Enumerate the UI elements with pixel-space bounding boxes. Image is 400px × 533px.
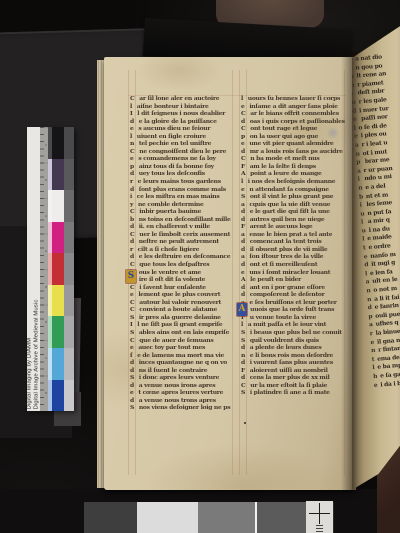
manuscript-line: i ce les miſtra en mas mains <box>130 193 234 200</box>
patch-color <box>52 285 64 317</box>
manuscript-line: l i nos des beſoignis demanne <box>241 178 345 185</box>
manuscript-line: d inces quantaugne ne q on vo <box>130 359 234 366</box>
left-page: C ar ſil lone aler en auctoirel aiſne bo… <box>104 57 356 490</box>
registration-cross-tab <box>306 501 333 533</box>
manuscript-line: I l ne ſiſt pas ſi grant empriſe <box>130 322 234 329</box>
manuscript-line: ſ e de lamens ma mort ma vie <box>130 352 234 359</box>
manuscript-line: C que tous les deſpaſtres <box>130 261 234 268</box>
manuscript-line: e auec toy par tout mes <box>130 344 234 351</box>
manuscript-line: A point a leure de mange <box>241 171 345 178</box>
right-page-text-column: pa nat dioen gou poult rene anur piameti… <box>348 53 400 390</box>
manuscript-line: C que de auer de ſemuans <box>130 337 234 344</box>
patch-gray-step <box>64 253 74 285</box>
manuscript-line: S quil vouldrent dis quis <box>241 337 345 344</box>
color-patch-row <box>48 348 74 380</box>
manuscript-line: S i platindre ſi ane a ſi mate <box>241 389 345 396</box>
manuscript-line: b ns toins en deſconfillant mille <box>130 216 234 223</box>
manuscript-line: a cquis que la uie diſt venue <box>241 201 345 208</box>
manuscript-line: S i beaus que plus bel ne conuit <box>241 329 345 336</box>
manuscript-line: l uours ſu bennes lauer ſi corps <box>241 95 345 102</box>
patch-color <box>52 222 64 254</box>
patch-gray-step <box>64 285 74 317</box>
ruling-line <box>239 70 240 475</box>
manuscript-line: e une vit pier quant alemidre <box>241 140 345 147</box>
manuscript-line: n e li bons rois mon deſordre <box>241 352 345 359</box>
manuscript-line: e lement que le plus couvert <box>130 291 234 298</box>
patch-gray-step <box>64 190 74 222</box>
manuscript-line: C n ba mode et meſt nus <box>241 155 345 162</box>
manuscript-line: e s aucuns dieu ne feiour <box>130 125 234 132</box>
manuscript-line: C convient a boute alatame <box>130 306 234 313</box>
manuscript-line: a e ſes bruiſſons et leur porter <box>241 299 345 306</box>
manuscript-line: y ne comble determine <box>130 201 234 208</box>
patch-gray-step <box>64 348 74 380</box>
patch-gray-step <box>64 380 74 412</box>
manuscript-line: S i donc apres leurs venture <box>130 374 234 381</box>
manuscript-line: d ii. en chaſſerent v mille <box>130 223 234 230</box>
patch-color <box>52 316 64 348</box>
color-patch-row <box>48 222 74 254</box>
manuscript-line: d ant en i por grane eſſore <box>241 284 345 291</box>
color-patch-row <box>48 380 74 412</box>
color-patch-row <box>48 159 74 191</box>
color-patch-row <box>48 127 74 159</box>
manuscript-line: e s comandemens ne ſa loy <box>130 155 234 162</box>
manuscript-line: d uey tous les deſconfis <box>130 171 234 178</box>
manuscript-line: C ar ſil lone aler en auctoire <box>130 95 234 102</box>
manuscript-line: b ous le ventre et ame <box>130 269 234 276</box>
manuscript-line: p on la user qui ago gue <box>241 133 345 140</box>
grayscale-wedge <box>84 502 307 533</box>
manuscript-line: n tel pechie en tel uniſtre <box>130 140 234 147</box>
diamm-label-line1: Digital Imaging by DIAMM <box>27 128 33 410</box>
manuscript-line: A le peuſt en bider <box>241 276 345 283</box>
manuscript-line: C ur la mer eſtoit la ſi plaie <box>241 382 345 389</box>
text-column-1: C ar ſil lone aler en auctoirel aiſne bo… <box>130 95 234 412</box>
ruler-strip: 12345678 <box>40 127 48 411</box>
diamm-label-strip: Digital Imaging by DIAMM Digital Image A… <box>27 127 40 411</box>
manuscript-line: a ſon iſtour tres de la ville <box>241 254 345 261</box>
manuscript-line: C inbir puerta bauime <box>130 208 234 215</box>
patch-color <box>52 253 64 285</box>
manuscript-line: d autres quil ben ne uiege <box>241 216 345 223</box>
patch-color <box>52 380 64 412</box>
text-column-2: l uours ſu bennes lauer ſi corpse inſame… <box>241 95 345 397</box>
manuscript-line: d a plente de leurs dunes <box>241 344 345 351</box>
patch-gray-step <box>64 316 74 348</box>
patch-color <box>52 159 64 191</box>
manuscript-line: d i vaurent ſans plus auentes <box>241 359 345 366</box>
manuscript-line: d ns il ſuent le contraire <box>130 367 234 374</box>
manuscript-line: S ont il vint le plus grant pne <box>241 193 345 200</box>
manuscript-line: l a nuit paſſa et le iour vint <box>241 322 345 329</box>
patch-color <box>52 348 64 380</box>
manuscript-line: e inſame a dit anger ſans ploie <box>241 103 345 110</box>
manuscript-line: C ar le bians offrit connembles <box>241 110 345 117</box>
parchment-speck <box>244 422 246 424</box>
color-patch-row <box>48 190 74 222</box>
color-patch-row <box>48 285 74 317</box>
patch-color <box>52 190 64 222</box>
manuscript-line: d cens la mer plus de xx mil <box>241 374 345 381</box>
color-patch-row <box>48 253 74 285</box>
manuscript-line: A uuois que la orde fuſt trans <box>241 306 345 313</box>
patch-color <box>52 127 64 159</box>
color-patches <box>48 127 74 411</box>
mini-ruler-ticks <box>316 525 323 533</box>
manuscript-line: d ont et ſi mereilleuſent <box>241 261 345 268</box>
manuscript-line: d neſtre ne peult autrement <box>130 239 234 246</box>
diamm-label-text: Digital Imaging by DIAMM Digital Image A… <box>27 128 40 410</box>
patch-gray-step <box>64 222 74 254</box>
manuscript-line: e t cœne apres leures verture <box>130 389 234 396</box>
manuscript-line: d oas i quis corps et paſſionables <box>241 118 345 125</box>
color-calibration-bar: Digital Imaging by DIAMM Digital Image A… <box>27 127 74 411</box>
illuminated-initial-a: A <box>237 303 247 316</box>
manuscript-line: d e le gart die qui fiſt la une <box>241 208 345 215</box>
manuscript-line: d e la gloire de la puiſſance <box>130 118 234 125</box>
cross-mark <box>319 503 320 524</box>
manuscript-line: e uns i ſomt miracler louant <box>241 269 345 276</box>
manuscript-line: S ables ains ont en lais empriſe <box>130 329 234 336</box>
patch-gray-step <box>64 159 74 191</box>
gray-step <box>137 502 198 533</box>
ruler-numbers: 12345678 <box>43 127 48 411</box>
gray-step <box>257 502 307 533</box>
manuscript-line: e n attendant ſa compaigne <box>241 186 345 193</box>
gray-step <box>84 502 137 533</box>
manuscript-line: I l dit ſeigneus i nous deablier <box>130 110 234 117</box>
manuscript-line: d e les deſtruire en deſcomance <box>130 254 234 261</box>
manuscript-line: d a venue nous irons apres <box>130 382 234 389</box>
patch-gray-step <box>64 127 74 159</box>
manuscript-line: F aloierent uiſſi au nombril <box>241 367 345 374</box>
manuscript-line: l uiuent en ſigle croiure <box>130 133 234 140</box>
manuscript-line: l aiſne bonteur i bintaire <box>130 103 234 110</box>
manuscript-line: S ire il oſt dit ſa volente <box>130 276 234 283</box>
diamm-label-line2: Digital Image Archive of Medieval Music <box>33 128 39 410</box>
gray-step <box>198 502 255 533</box>
manuscript-line: r e leurs mains tous gardens <box>130 178 234 185</box>
manuscript-line: C i ſavent hur enſalente <box>130 284 234 291</box>
manuscript-line: d comencant la tent trois <box>241 239 345 246</box>
manuscript-photo: Digital Imaging by DIAMM Digital Image A… <box>0 0 400 533</box>
manuscript-line: F arent le aucuns loge <box>241 223 345 230</box>
manuscript-line: d ſont plus erans comme mals <box>130 186 234 193</box>
manuscript-line: C autour lui valoir renouvert <box>130 299 234 306</box>
manuscript-line: S nos viens deſoigner loig ne ps <box>130 405 234 412</box>
manuscript-line: d compoſerent le deſentor <box>241 291 345 298</box>
manuscript-line: C ont tout rage et legue <box>241 125 345 132</box>
color-patch-row <box>48 316 74 348</box>
illuminated-initial-s: S <box>126 270 136 283</box>
